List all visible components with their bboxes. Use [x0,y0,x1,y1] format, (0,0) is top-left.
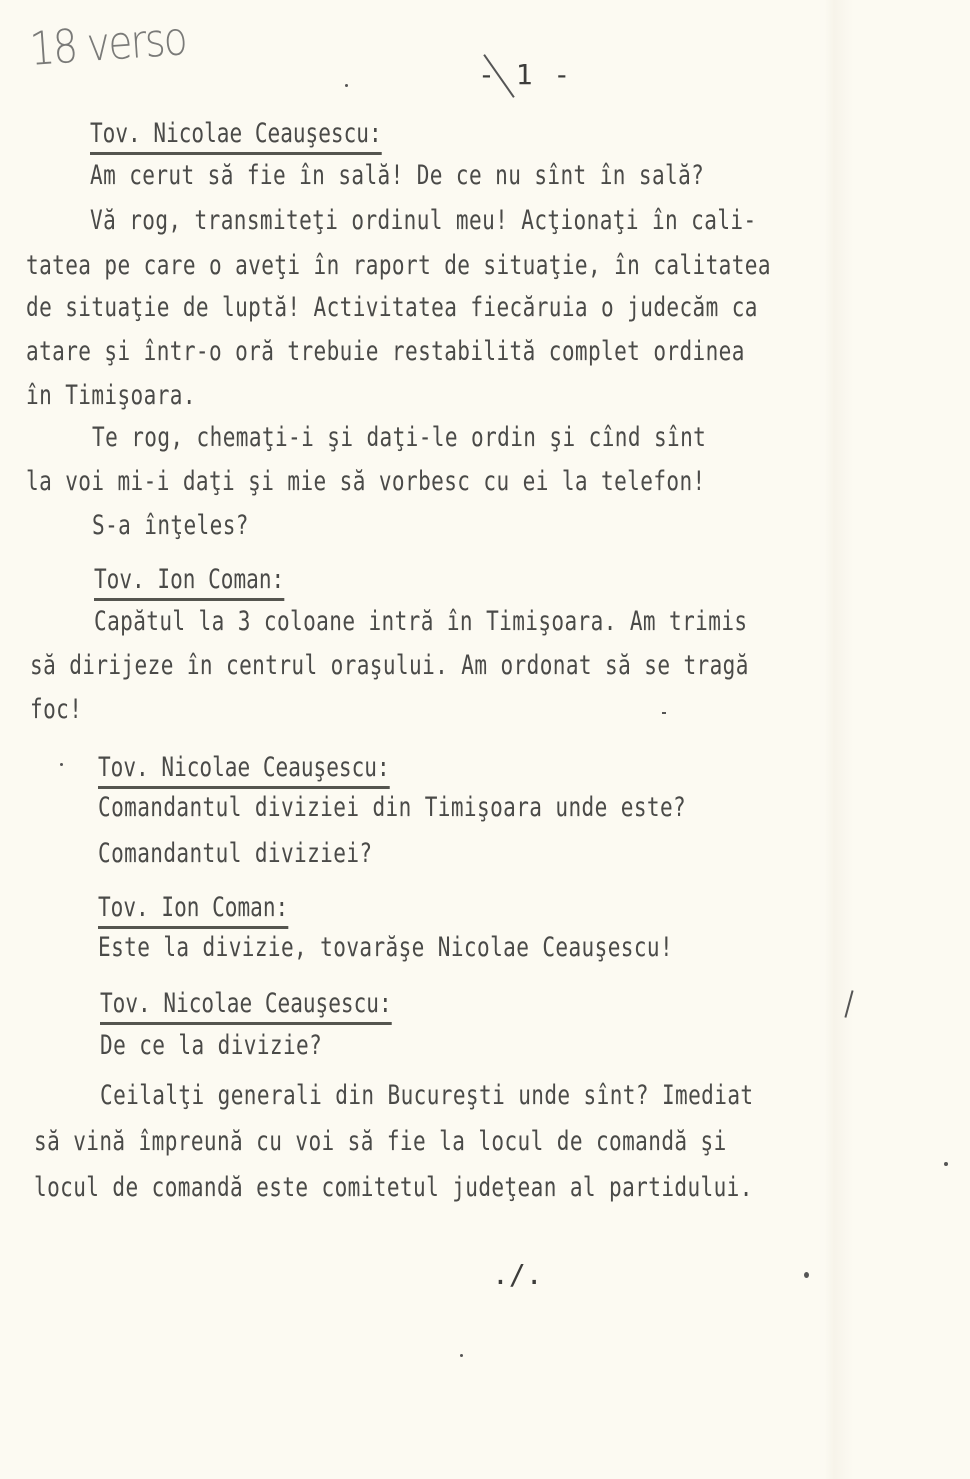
text-line: Te rog, chemaţi-i şi daţi-le ordin şi cî… [92,422,706,453]
text-line: Comandantul diviziei din Timişoara unde … [98,792,686,823]
text-line: Este la divizie, tovarăşe Nicolae Ceauşe… [98,932,673,963]
ink-speck [345,84,348,87]
ink-speck [460,1354,463,1357]
text-line: locul de comandă este comitetul judeţean… [34,1172,753,1203]
text-line: atare şi într-o oră trebuie restabilită … [26,336,745,367]
handwritten-annotation: 18 verso [28,11,188,76]
page-number-text: - 1 - [478,58,572,91]
ink-speck [60,763,63,766]
text-line: tatea pe care o aveţi în raport de situa… [26,250,771,281]
text-line: de situaţie de luptă! Activitatea fiecăr… [26,292,758,323]
text-line: să vină împreună cu voi să fie la locul … [34,1126,727,1157]
text-line: S-a înţeles? [92,510,249,541]
pen-mark [844,990,853,1018]
ink-speck [944,1162,948,1166]
speaker-heading: Tov. Nicolae Ceauşescu: [100,988,392,1025]
speaker-heading: Tov. Ion Coman: [98,892,288,929]
text-line: Comandantul diviziei? [98,838,372,869]
text-line: Vă rog, transmiteţi ordinul meu! Acţiona… [90,205,757,236]
text-line: Ceilalţi generali din Bucureşti unde sîn… [100,1080,753,1111]
speaker-heading: Tov. Nicolae Ceauşescu: [90,118,382,155]
text-line: la voi mi-i daţi şi mie să vorbesc cu ei… [26,466,706,497]
end-of-page-mark: ./. [492,1258,543,1291]
text-line: în Timişoara. [26,380,196,411]
speaker-heading: Tov. Nicolae Ceauşescu: [98,752,390,789]
text-line: De ce la divizie? [100,1030,322,1061]
text-line: să dirijeze în centrul oraşului. Am ordo… [30,650,749,681]
ink-speck [662,712,666,714]
text-line: Am cerut să fie în sală! De ce nu sînt î… [90,160,704,191]
speaker-heading: Tov. Ion Coman: [94,564,284,601]
document-page: 18 verso - 1 - Tov. Nicolae Ceauşescu: A… [0,0,970,1479]
page-number: - 1 - [478,58,572,91]
text-line: foc! [30,694,82,725]
text-line: Capătul la 3 coloane intră în Timişoara.… [94,606,747,637]
ink-speck [804,1272,809,1278]
